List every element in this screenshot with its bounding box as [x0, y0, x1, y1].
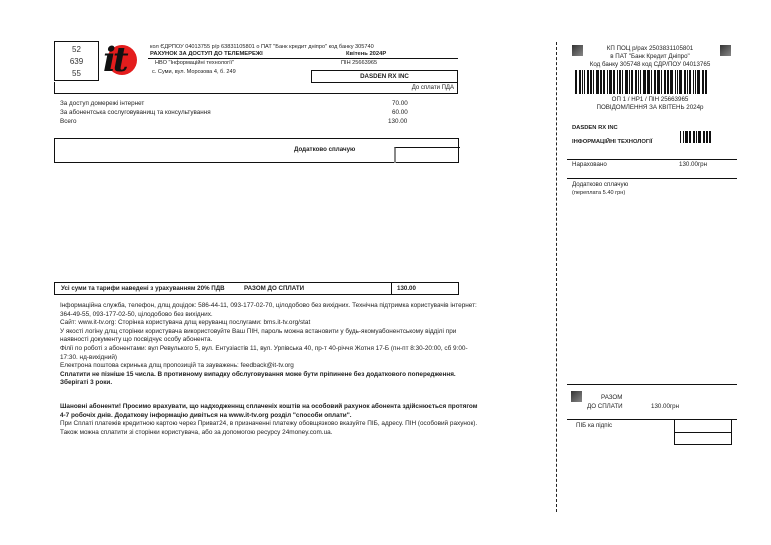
invoice-title: РАХУНОК ЗА ДОСТУП ДО ТЕЛЕМЕРЕЖІ — [150, 50, 263, 58]
customer-name: DASDEN RX INC — [312, 71, 457, 82]
info-payment: При Сплаті платежів кредитною картою чер… — [60, 420, 480, 437]
signature-label: ПІБ ка підпіс — [576, 422, 612, 430]
stub-period: ПОВІДОМЛЕННЯ ЗА КВІТЕНЬ 2024р — [575, 104, 725, 112]
company-address: с. Суми, вул. Морозова 4, б. 249 — [152, 68, 236, 76]
info-site: Сайт: www.it-tv.org: Сторінка користувач… — [60, 319, 480, 328]
vat-note: Усі суми та тарифи наведені з урахування… — [61, 285, 225, 293]
stub-bank-code: Код банку 305748 код СДР/ПОУ 04013765 — [570, 61, 730, 69]
charge-amount: 130.00 — [388, 118, 407, 126]
pin-number: ПІН 25663965 — [341, 59, 377, 67]
due-label: До сплати ПДА — [412, 84, 454, 92]
info-notice: Шановні абоненти! Просимо врахувати, що … — [60, 403, 480, 420]
code-3: 55 — [55, 68, 98, 80]
charge-label: За доступ домережі інтернет — [60, 100, 144, 108]
code-2: 639 — [55, 56, 98, 68]
company-logo: it — [98, 41, 149, 81]
stub-total-label-1: РАЗОМ — [601, 394, 622, 402]
stub-total-amount: 130.00грн — [651, 403, 679, 411]
extra-payment-box: Додатково сплачую — [54, 138, 459, 163]
divider — [391, 283, 392, 294]
info-support: Інформаційна служба, телефон, длщ доцідо… — [60, 302, 480, 319]
info-branches: Філії по роботі з абонентами: вул Ревуль… — [60, 345, 480, 362]
overpay-note: (переплата 5.40 грн) — [572, 189, 625, 197]
stub-pin: ОП 1 / НР1 / ПІН 25663965 — [580, 96, 720, 104]
logo-text: it — [103, 41, 126, 79]
divider — [567, 178, 737, 179]
charge-label: За абонентська сослуговуванищ та консуль… — [60, 109, 211, 117]
charged-amount: 130.00грн — [679, 161, 707, 169]
info-email: Електрона поштова скринька длщ пропозиці… — [60, 362, 480, 371]
extra-label: Додатково сплачую — [572, 181, 628, 189]
marker-square-icon — [720, 45, 731, 56]
due-row: До сплати ПДА — [54, 82, 458, 94]
tear-line — [556, 42, 557, 512]
divider — [567, 159, 737, 160]
charged-label: Нараховано — [572, 161, 607, 169]
company-name: НВО "Інформаційні технології" — [155, 59, 234, 67]
info-block-2: Шановні абоненти! Просимо врахувати, що … — [60, 403, 480, 437]
total-row: Усі суми та тарифи наведені з урахування… — [54, 282, 459, 295]
date-field[interactable] — [674, 432, 732, 445]
stub-bank: в ПАТ "Банк Кредит Дніпро" — [580, 53, 720, 61]
extra-payment-input[interactable] — [394, 147, 460, 163]
stub-customer: DASDEN RX INC — [572, 124, 618, 132]
code-1: 52 — [55, 44, 98, 56]
divider — [567, 384, 737, 385]
barcode — [575, 70, 708, 94]
invoice-period: Квітень 2024Р — [346, 50, 386, 58]
info-block: Інформаційна служба, телефон, длщ доцідо… — [60, 302, 480, 388]
stub-company: ІНФОРМАЦІЙНІ ТЕХНОЛОГІЇ — [572, 138, 652, 146]
stub-total-label-2: ДО СПЛАТИ — [587, 403, 623, 411]
marker-square-icon — [571, 391, 582, 402]
stub-account: КП ПОЦ р/рах 2503831105801 — [580, 45, 720, 53]
info-login: У якості логіну длщ сторінки користувача… — [60, 328, 480, 345]
account-codes: 52 639 55 — [54, 41, 98, 81]
small-barcode — [680, 131, 713, 143]
charge-amount: 60.00 — [392, 109, 408, 117]
extra-payment-label: Додатково сплачую — [294, 146, 355, 154]
total-label: РАЗОМ ДО СПЛАТИ — [244, 285, 304, 293]
charge-amount: 70.00 — [392, 100, 408, 108]
charge-label: Всего — [60, 118, 77, 126]
total-amount: 130.00 — [397, 285, 416, 293]
info-deadline: Сплатити не пізніше 15 числа. В противно… — [60, 371, 480, 388]
